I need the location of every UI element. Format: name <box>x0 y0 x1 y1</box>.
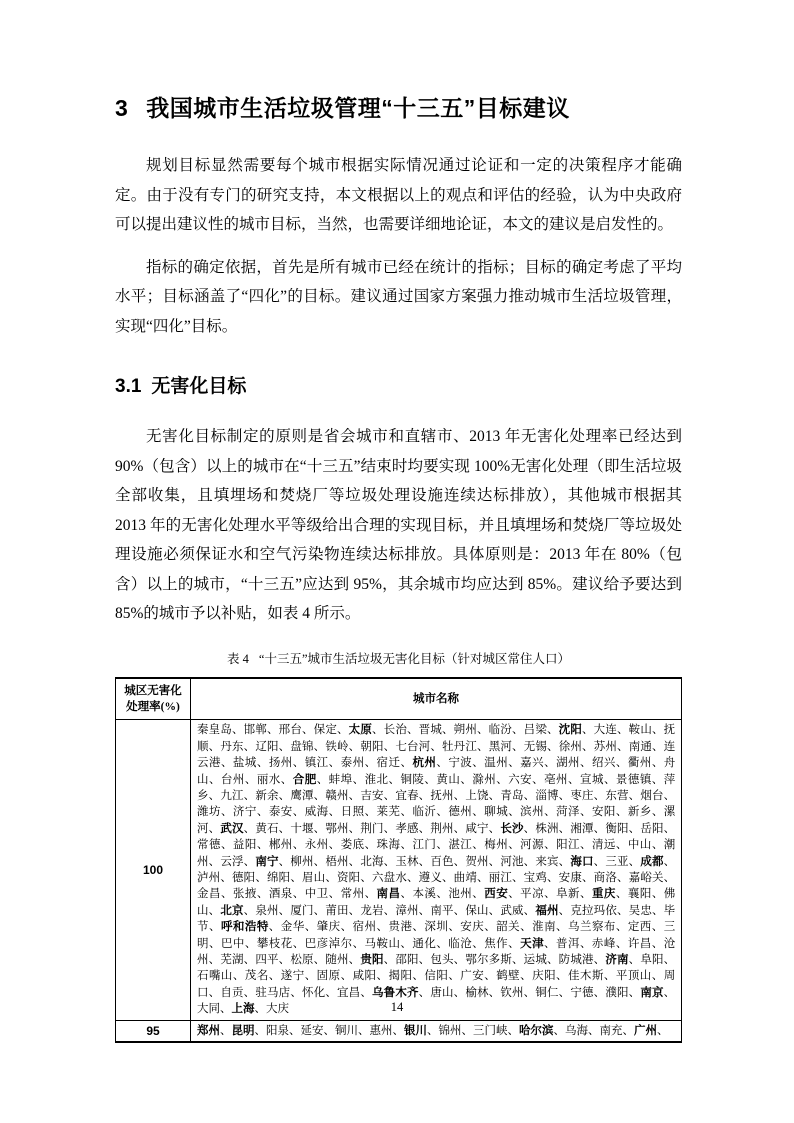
city-name: 六安 <box>508 774 532 786</box>
column-header-rate: 城区无害化处理率(%) <box>116 678 191 720</box>
city-name: 韶关 <box>496 921 520 933</box>
city-name: 丽水 <box>257 774 281 786</box>
city-name: 枣庄 <box>570 790 593 802</box>
city-name: 南昌 <box>377 888 401 900</box>
city-name: 蚌埠 <box>329 774 353 786</box>
section-heading: 3.1无害化目标 <box>115 371 682 398</box>
city-name: 北海 <box>360 856 383 868</box>
city-name: 阜阳 <box>640 954 663 966</box>
city-name: 四平 <box>255 954 278 966</box>
city-name: 济南 <box>605 954 628 966</box>
cities-cell: 郑州、昆明、阳泉、延安、铜川、惠州、银川、锦州、三门峡、哈尔滨、乌海、南充、广州… <box>191 1020 682 1042</box>
city-name: 巴彦淖尔 <box>305 938 353 950</box>
city-name: 日照 <box>341 806 365 818</box>
city-name: 荆门 <box>360 823 383 835</box>
city-name: 丹东 <box>220 741 243 753</box>
table-row: 100秦皇岛、邯郸、邢台、保定、太原、长治、晋城、朔州、临汾、吕梁、沈阳、大连、… <box>116 720 682 1020</box>
city-name: 龙岩 <box>360 905 383 917</box>
harmless-treatment-target-table: 城区无害化处理率(%) 城市名称 100秦皇岛、邯郸、邢台、保定、太原、长治、晋… <box>115 677 682 1044</box>
city-name: 商洛 <box>594 872 617 884</box>
city-name: 镇江 <box>305 757 329 769</box>
city-name: 盘锦 <box>290 741 313 753</box>
city-name: 马鞍山 <box>365 938 401 950</box>
city-name: 宣城 <box>580 774 604 786</box>
city-name: 安庆 <box>460 921 484 933</box>
city-name: 贵港 <box>388 921 412 933</box>
city-name: 常德 <box>197 839 221 851</box>
city-name: 怀化 <box>302 987 325 999</box>
city-name: 漳州 <box>395 905 418 917</box>
city-name: 德阳 <box>232 872 255 884</box>
city-name: 运城 <box>524 954 547 966</box>
city-name: 三亚 <box>605 856 628 868</box>
city-name: 邵阳 <box>395 954 418 966</box>
city-name: 南通 <box>629 741 652 753</box>
city-name: 清远 <box>592 839 616 851</box>
city-name: 扬州 <box>269 757 293 769</box>
table-caption-number: 表 4 <box>227 652 249 666</box>
city-name: 宁德 <box>570 987 593 999</box>
city-name: 曲靖 <box>454 872 477 884</box>
city-name: 咸阳 <box>353 970 377 982</box>
city-name: 驻马店 <box>255 987 290 999</box>
city-name: 玉林 <box>395 856 418 868</box>
city-name: 自贡 <box>220 987 243 999</box>
city-name: 湛江 <box>448 839 472 851</box>
city-name: 珠海 <box>377 839 401 851</box>
city-name: 鹰潭 <box>290 790 313 802</box>
city-name: 庆阳 <box>532 970 556 982</box>
city-name: 嘉兴 <box>520 757 544 769</box>
city-name: 太原 <box>349 724 372 736</box>
city-name: 朔州 <box>454 724 477 736</box>
city-name: 无锡 <box>524 741 547 753</box>
city-name: 中山 <box>628 839 652 851</box>
table-caption-text: “十三五”城市生活垃圾无害化目标（针对城区常住人口） <box>259 652 570 666</box>
city-name: 成都 <box>640 856 663 868</box>
city-name: 青岛 <box>500 790 523 802</box>
city-name: 邢台 <box>279 724 302 736</box>
city-name: 宿迁 <box>377 757 401 769</box>
table-body: 100秦皇岛、邯郸、邢台、保定、太原、长治、晋城、朔州、临汾、吕梁、沈阳、大连、… <box>116 720 682 1042</box>
city-name: 百色 <box>430 856 453 868</box>
city-name: 揭阳 <box>388 970 412 982</box>
city-name: 温州 <box>484 757 508 769</box>
city-name: 吉安 <box>360 790 383 802</box>
city-name: 安康 <box>559 872 582 884</box>
city-name: 张掖 <box>233 888 257 900</box>
city-name: 河源 <box>520 839 544 851</box>
city-name: 泰安 <box>269 806 293 818</box>
city-name: 广安 <box>460 970 484 982</box>
city-name: 黄山 <box>436 774 460 786</box>
city-name: 沈阳 <box>559 724 582 736</box>
city-name: 芜湖 <box>220 954 243 966</box>
city-name: 岳阳 <box>640 823 663 835</box>
city-name: 武汉 <box>220 823 243 835</box>
city-name: 三门峡 <box>473 1025 508 1037</box>
city-name: 铁岭 <box>325 741 348 753</box>
city-name: 台州 <box>221 774 245 786</box>
city-name: 酒泉 <box>269 888 293 900</box>
city-name: 永州 <box>305 839 329 851</box>
city-name: 延安 <box>301 1025 324 1037</box>
city-name: 松原 <box>290 954 313 966</box>
table-row: 95郑州、昆明、阳泉、延安、铜川、惠州、银川、锦州、三门峡、哈尔滨、乌海、南充、… <box>116 1020 682 1042</box>
city-name: 杭州 <box>412 757 436 769</box>
city-name: 鹤壁 <box>496 970 520 982</box>
cities-cell: 秦皇岛、邯郸、邢台、保定、太原、长治、晋城、朔州、临汾、吕梁、沈阳、大连、鞍山、… <box>191 720 682 1020</box>
city-name: 湖州 <box>556 757 580 769</box>
city-name: 防城港 <box>559 954 594 966</box>
city-name: 包头 <box>430 954 453 966</box>
city-name: 云浮 <box>220 856 243 868</box>
city-name: 襄阳 <box>628 888 652 900</box>
city-name: 佳木斯 <box>568 970 604 982</box>
city-name: 铜仁 <box>535 987 558 999</box>
city-name: 吕梁 <box>524 724 547 736</box>
city-name: 秦皇岛 <box>197 724 232 736</box>
city-name: 本溪 <box>412 888 436 900</box>
city-name: 徐州 <box>559 741 582 753</box>
city-name: 宁波 <box>448 757 472 769</box>
city-name: 遵义 <box>419 872 442 884</box>
city-name: 中卫 <box>305 888 329 900</box>
table-header-row: 城区无害化处理率(%) 城市名称 <box>116 678 682 720</box>
city-name: 乌海 <box>565 1025 588 1037</box>
city-name: 宜昌 <box>337 987 360 999</box>
city-name: 新乡 <box>628 806 652 818</box>
city-name: 眉山 <box>302 872 325 884</box>
rate-cell: 95 <box>116 1020 191 1042</box>
city-name: 丽江 <box>489 872 512 884</box>
city-name: 宜春 <box>395 790 418 802</box>
city-name: 抚州 <box>430 790 453 802</box>
city-name: 衢州 <box>628 757 652 769</box>
city-name: 九江 <box>220 790 243 802</box>
city-name: 肇庆 <box>317 921 341 933</box>
city-name: 遂宁 <box>281 970 305 982</box>
section-title-text: 无害化目标 <box>151 376 246 397</box>
city-name: 滁州 <box>472 774 496 786</box>
city-name: 普洱 <box>556 938 580 950</box>
city-name: 平顶山 <box>616 970 652 982</box>
city-name: 荆州 <box>430 823 453 835</box>
city-name: 潍坊 <box>197 806 221 818</box>
city-name: 鞍山 <box>629 724 652 736</box>
city-name: 梧州 <box>325 856 348 868</box>
chapter-number: 3 <box>115 95 128 121</box>
city-name: 黑河 <box>489 741 512 753</box>
city-name: 吴忠 <box>629 905 652 917</box>
city-name: 随州 <box>325 954 348 966</box>
city-name: 济宁 <box>233 806 257 818</box>
city-name: 鄂尔多斯 <box>465 954 512 966</box>
table-caption: 表 4“十三五”城市生活垃圾无害化目标（针对城区常住人口） <box>115 649 682 667</box>
city-name: 南宁 <box>255 856 278 868</box>
city-name: 乌鲁木齐 <box>372 987 419 999</box>
city-name: 濮阳 <box>605 987 628 999</box>
city-name: 合肥 <box>293 774 317 786</box>
city-name: 河池 <box>500 856 523 868</box>
city-name: 金昌 <box>197 888 221 900</box>
city-name: 郴州 <box>269 839 293 851</box>
city-name: 梅州 <box>484 839 508 851</box>
city-name: 长治 <box>384 724 407 736</box>
city-name: 许昌 <box>628 938 652 950</box>
city-name: 威海 <box>305 806 329 818</box>
city-name: 莆田 <box>325 905 348 917</box>
city-name: 泸州 <box>197 872 220 884</box>
city-name: 湘潭 <box>570 823 593 835</box>
city-name: 赣州 <box>325 790 348 802</box>
city-name: 莱芜 <box>377 806 401 818</box>
city-name: 福州 <box>535 905 558 917</box>
city-name: 攀枝花 <box>257 938 293 950</box>
city-name: 东营 <box>605 790 628 802</box>
city-name: 新余 <box>255 790 278 802</box>
city-name: 厦门 <box>290 905 313 917</box>
chapter-title-text: 我国城市生活垃圾管理“十三五”目标建议 <box>146 95 570 121</box>
city-name: 深圳 <box>424 921 448 933</box>
city-name: 滨州 <box>520 806 544 818</box>
city-name: 淄博 <box>535 790 558 802</box>
page-number: 14 <box>0 1000 794 1015</box>
city-name: 贺州 <box>465 856 488 868</box>
page-content: 3我国城市生活垃圾管理“十三五”目标建议 规划目标显然需要每个城市根据实际情况通… <box>115 0 682 1043</box>
city-name: 衡阳 <box>605 823 628 835</box>
city-name: 榆林 <box>465 987 488 999</box>
city-name: 临汾 <box>489 724 512 736</box>
city-name: 江门 <box>412 839 436 851</box>
city-name: 银川 <box>404 1025 427 1037</box>
city-name: 孝感 <box>395 823 418 835</box>
city-name: 资阳 <box>337 872 360 884</box>
city-name: 柳州 <box>290 856 313 868</box>
city-name: 呼和浩特 <box>221 921 269 933</box>
city-name: 金华 <box>281 921 305 933</box>
city-name: 辽阳 <box>255 741 278 753</box>
city-name: 株洲 <box>535 823 558 835</box>
city-name: 宿州 <box>353 921 377 933</box>
city-name: 广州 <box>634 1025 657 1037</box>
city-name: 重庆 <box>592 888 616 900</box>
city-name: 唐山 <box>430 987 453 999</box>
city-name: 泉州 <box>255 905 278 917</box>
city-name: 赤峰 <box>592 938 616 950</box>
city-name: 南平 <box>430 905 453 917</box>
city-name: 朝阳 <box>360 741 383 753</box>
table-header: 城区无害化处理率(%) 城市名称 <box>116 678 682 720</box>
city-name: 临沧 <box>448 938 472 950</box>
city-name: 来宾 <box>535 856 558 868</box>
city-name: 咸宁 <box>465 823 488 835</box>
city-name: 泰州 <box>341 757 365 769</box>
city-name: 菏泽 <box>556 806 580 818</box>
city-name: 贵阳 <box>360 954 383 966</box>
city-name: 巴中 <box>221 938 245 950</box>
city-name: 七台河 <box>395 741 430 753</box>
city-name: 德州 <box>448 806 472 818</box>
city-name: 娄底 <box>341 839 365 851</box>
city-name: 绵阳 <box>267 872 290 884</box>
chapter-heading: 3我国城市生活垃圾管理“十三五”目标建议 <box>115 90 682 123</box>
city-name: 景德镇 <box>616 774 652 786</box>
city-name: 乌兰察布 <box>568 921 616 933</box>
city-name: 六盘水 <box>372 872 407 884</box>
city-name: 鄂州 <box>325 823 348 835</box>
city-name: 淮南 <box>532 921 556 933</box>
city-name: 亳州 <box>544 774 568 786</box>
city-name: 哈尔滨 <box>519 1025 554 1037</box>
city-name: 钦州 <box>500 987 523 999</box>
city-name: 晋城 <box>419 724 442 736</box>
paragraph-1: 规划目标显然需要每个城市根据实际情况通过论证和一定的决策程序才能确定。由于没有专… <box>115 151 682 240</box>
city-name: 盐城 <box>233 757 257 769</box>
city-name: 常州 <box>341 888 365 900</box>
section-number: 3.1 <box>115 376 141 397</box>
city-name: 天津 <box>520 938 544 950</box>
city-name: 西安 <box>484 888 508 900</box>
rate-cell: 100 <box>116 720 191 1020</box>
city-name: 平凉 <box>520 888 544 900</box>
city-name: 铜陵 <box>400 774 424 786</box>
city-name: 宝鸡 <box>524 872 547 884</box>
city-name: 阳泉 <box>266 1025 289 1037</box>
paragraph-3: 无害化目标制定的原则是省会城市和直辖市、2013 年无害化处理率已经达到 90%… <box>115 422 682 629</box>
city-name: 武威 <box>500 905 523 917</box>
city-name: 邯郸 <box>244 724 267 736</box>
city-name: 临沂 <box>412 806 436 818</box>
city-name: 阳江 <box>556 839 580 851</box>
city-name: 嘉峪关 <box>629 872 664 884</box>
city-name: 牡丹江 <box>442 741 477 753</box>
city-name: 池州 <box>448 888 472 900</box>
city-name: 淮北 <box>365 774 389 786</box>
city-name: 南京 <box>640 987 663 999</box>
city-name: 固原 <box>317 970 341 982</box>
city-name: 绍兴 <box>592 757 616 769</box>
city-name: 信阳 <box>424 970 448 982</box>
city-name: 烟台 <box>640 790 663 802</box>
city-name: 苏州 <box>594 741 617 753</box>
city-name: 海口 <box>570 856 593 868</box>
city-name: 茂名 <box>245 970 269 982</box>
city-name: 北京 <box>220 905 243 917</box>
city-name: 益阳 <box>233 839 257 851</box>
city-name: 保定 <box>314 724 337 736</box>
city-name: 锦州 <box>439 1025 462 1037</box>
paragraph-2: 指标的确定依据，首先是所有城市已经在统计的指标；目标的确定考虑了平均水平；目标涵… <box>115 253 682 342</box>
city-name: 石嘴山 <box>197 970 233 982</box>
city-name: 铜川 <box>335 1025 358 1037</box>
city-name: 惠州 <box>370 1025 393 1037</box>
city-name: 十堰 <box>290 823 313 835</box>
city-name: 安阳 <box>592 806 616 818</box>
city-name: 长沙 <box>500 823 523 835</box>
city-name: 保山 <box>465 905 488 917</box>
city-name: 通化 <box>412 938 436 950</box>
column-header-city: 城市名称 <box>191 678 682 720</box>
city-name: 昆明 <box>232 1025 255 1037</box>
city-name: 焦作 <box>484 938 508 950</box>
city-name: 黄石 <box>255 823 278 835</box>
city-name: 南充 <box>600 1025 623 1037</box>
city-name: 上饶 <box>465 790 488 802</box>
city-name: 大连 <box>594 724 617 736</box>
city-name: 聊城 <box>484 806 508 818</box>
city-name: 阜新 <box>556 888 580 900</box>
city-name: 郑州 <box>197 1025 220 1037</box>
city-name: 定西 <box>628 921 652 933</box>
document-page: 3我国城市生活垃圾管理“十三五”目标建议 规划目标显然需要每个城市根据实际情况通… <box>0 0 794 1123</box>
city-name: 克拉玛依 <box>570 905 617 917</box>
